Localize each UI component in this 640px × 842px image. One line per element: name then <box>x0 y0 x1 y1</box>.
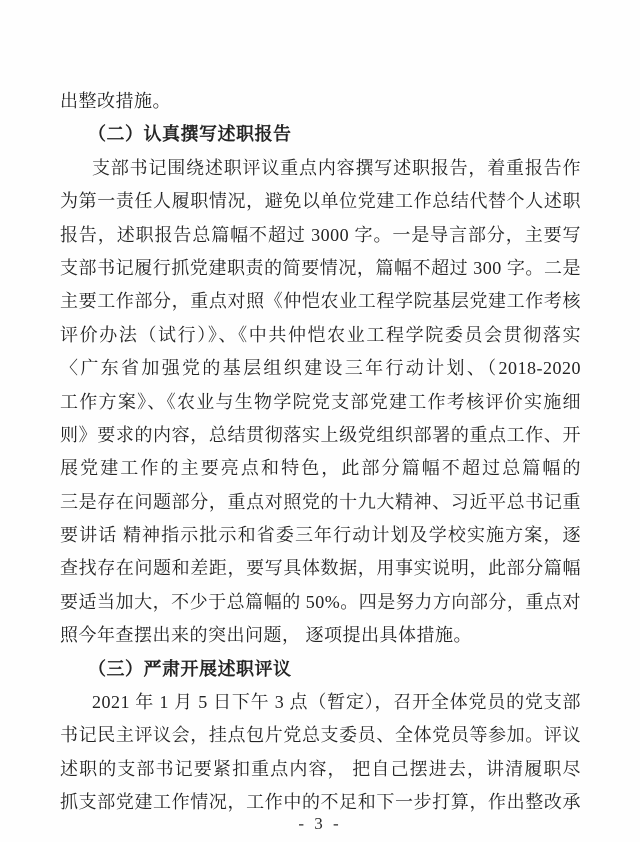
text-block: 出整改措施。 （二）认真撰写述职报告 支部书记围绕述职评议重点内容撰写述职报告，… <box>60 85 581 820</box>
text-line: 支部书记围绕述职评议重点内容撰写述职报告，着重报告作 <box>60 152 581 185</box>
text-line: 工作方案》、《农业与生物学院党支部党建工作考核评价实施细 <box>60 386 581 419</box>
text-line: 2021 年 1 月 5 日下午 3 点（暂定），召开全体党员的党支部 <box>60 686 581 719</box>
section-heading: （二）认真撰写述职报告 <box>60 118 581 151</box>
text-line: 〈广东省加强党的基层组织建设三年行动计划、（2018-2020 年）〉 <box>60 352 581 385</box>
text-line: 则》要求的内容，总结贯彻落实上级党组织部署的重点工作、开 <box>60 419 581 452</box>
text-line: 主要工作部分，重点对照《仲恺农业工程学院基层党建工作考核 <box>60 285 581 318</box>
text-line: 支部书记履行抓党建职责的简要情况，篇幅不超过 300 字。二是 <box>60 252 581 285</box>
section-heading: （三）严肃开展述职评议 <box>60 653 581 686</box>
text-line: 照今年查摆出来的突出问题， 逐项提出具体措施。 <box>60 619 581 652</box>
text-line: 三是存在问题部分，重点对照党的十九大精神、习近平总书记重 <box>60 486 581 519</box>
text-line: 要讲话 精神指示批示和省委三年行动计划及学校实施方案，逐项 <box>60 519 581 552</box>
text-line: 为第一责任人履职情况，避免以单位党建工作总结代替个人述职 <box>60 185 581 218</box>
text-line: 展党建工作的主要亮点和特色，此部分篇幅不超过总篇幅的 1/3。 <box>60 452 581 485</box>
text-line: 出整改措施。 <box>60 85 581 118</box>
text-line: 要适当加大，不少于总篇幅的 50%。四是努力方向部分，重点对 <box>60 586 581 619</box>
page-number: - 3 - <box>0 810 640 838</box>
text-line: 报告，述职报告总篇幅不超过 3000 字。一是导言部分，主要写各 <box>60 219 581 252</box>
document-page: 出整改措施。 （二）认真撰写述职报告 支部书记围绕述职评议重点内容撰写述职报告，… <box>0 0 640 842</box>
text-line: 查找存在问题和差距，要写具体数据，用事实说明，此部分篇幅 <box>60 552 581 585</box>
text-line: 述职的支部书记要紧扣重点内容， 把自己摆进去，讲清履职尽责 <box>60 753 581 786</box>
text-line: 书记民主评议会，挂点包片党总支委员、全体党员等参加。评议 <box>60 719 581 752</box>
text-line: 评价办法（试行）》、《中共仲恺农业工程学院委员会贯彻落实 <box>60 319 581 352</box>
